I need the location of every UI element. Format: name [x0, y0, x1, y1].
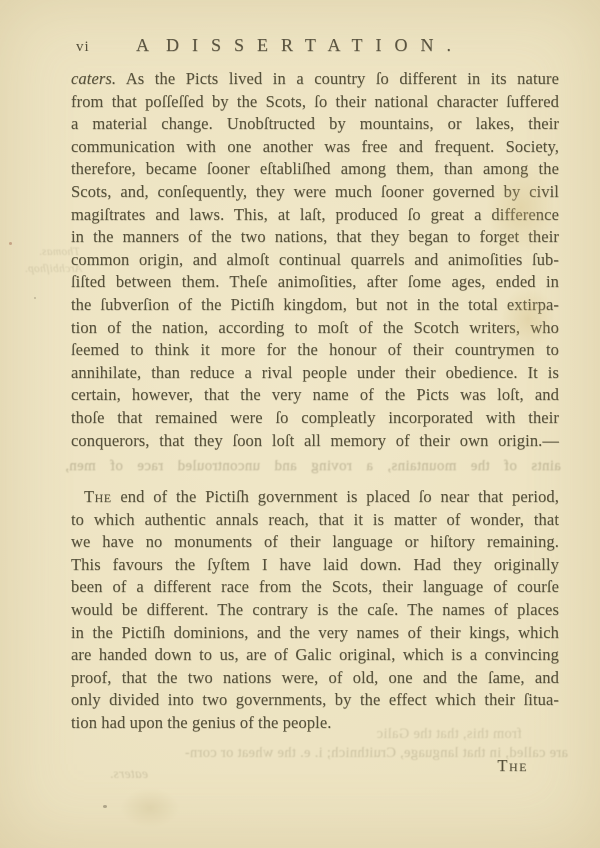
bleedthrough-margin-fragment: Archbiſhop.: [0, 263, 82, 275]
text-line: tion of the nation, according to moſt of…: [71, 317, 559, 340]
text-line: a material change. Unobſtructed by mount…: [71, 113, 559, 136]
bleedthrough-line: eaters.: [58, 766, 148, 782]
text-line: in the manners of the two nations, that …: [71, 226, 559, 249]
paragraph-2-lines: to which authentic annals reach, that it…: [71, 509, 559, 735]
text-line: annihilate, than reduce a rival people u…: [71, 362, 559, 385]
running-title-word-dissertation: DISSERTATION.: [166, 35, 464, 55]
text-line: Scots, and, conſequently, they were much…: [71, 181, 559, 204]
text-line: certain, however, that the very name of …: [71, 384, 559, 407]
text-line: thoſe that remained were ſo compleatly i…: [71, 407, 559, 430]
text-line: to which authentic annals reach, that it…: [71, 509, 559, 532]
paper-speck: [9, 242, 12, 245]
book-page-scan: vi ADISSERTATION. caters. As the Picts l…: [0, 0, 600, 848]
smallcaps-lead-word: The: [84, 487, 112, 506]
text-line: common origin, and almoſt continual quar…: [71, 249, 559, 272]
text-line: caters. As the Picts lived in a country …: [71, 68, 559, 91]
text-line: proof, that the two nations were, of old…: [71, 667, 559, 690]
paper-stain: [120, 788, 180, 828]
italic-lead-word: caters.: [71, 69, 116, 88]
line-text: As the Picts lived in a country ſo diffe…: [126, 69, 559, 88]
text-line: would be different. The contrary is the …: [71, 599, 559, 622]
body-text: caters. As the Picts lived in a country …: [71, 68, 559, 735]
paragraph-2: The end of the Pictiſh government is pla…: [71, 486, 559, 735]
text-line: The end of the Pictiſh government is pla…: [71, 486, 559, 509]
text-line: ſeemed to think it more for the honour o…: [71, 339, 559, 362]
bleedthrough-line: from this, that the Galic: [52, 726, 522, 743]
text-line: magiſtrates and laws. This, at laſt, pro…: [71, 204, 559, 227]
paragraph-1: caters. As the Picts lived in a country …: [71, 68, 559, 452]
running-title: ADISSERTATION.: [0, 35, 600, 56]
catchword: The: [497, 756, 528, 776]
bleedthrough-margin-fragment: Thomas.: [2, 246, 80, 258]
paragraph-1-lines: from that poſſeſſed by the Scots, ſo the…: [71, 91, 559, 453]
text-line: only divided into two governments, by th…: [71, 689, 559, 712]
text-line: are handed down to us, are of Galic orig…: [71, 644, 559, 667]
bleedthrough-line: aints of the mountains, a roving and unc…: [65, 458, 561, 475]
text-line: This favours the ſyſtem I have laid down…: [71, 554, 559, 577]
paper-speck: [34, 297, 36, 299]
paragraph-gap: aints of the mountains, a roving and unc…: [71, 452, 559, 486]
text-line: we have no monuments of their language o…: [71, 531, 559, 554]
text-line: from that poſſeſſed by the Scots, ſo the…: [71, 91, 559, 114]
text-line: in the Pictiſh dominions, and the very n…: [71, 622, 559, 645]
bleedthrough-line: are called, in that language, Cruithnich…: [48, 745, 568, 762]
text-line: the ſubverſion of the Pictiſh kingdom, b…: [71, 294, 559, 317]
text-line: ſiſted between them. Theſe animoſities, …: [71, 271, 559, 294]
text-line: therefore, became ſooner eſtabliſhed amo…: [71, 158, 559, 181]
running-title-word-a: A: [136, 35, 149, 55]
text-line: been of a different race from the Scots,…: [71, 576, 559, 599]
text-line: communication with one another was free …: [71, 136, 559, 159]
paper-speck: [103, 805, 107, 808]
text-line: conquerors, that they ſoon loſt all memo…: [71, 430, 559, 453]
line-text: end of the Pictiſh government is placed …: [120, 487, 559, 506]
